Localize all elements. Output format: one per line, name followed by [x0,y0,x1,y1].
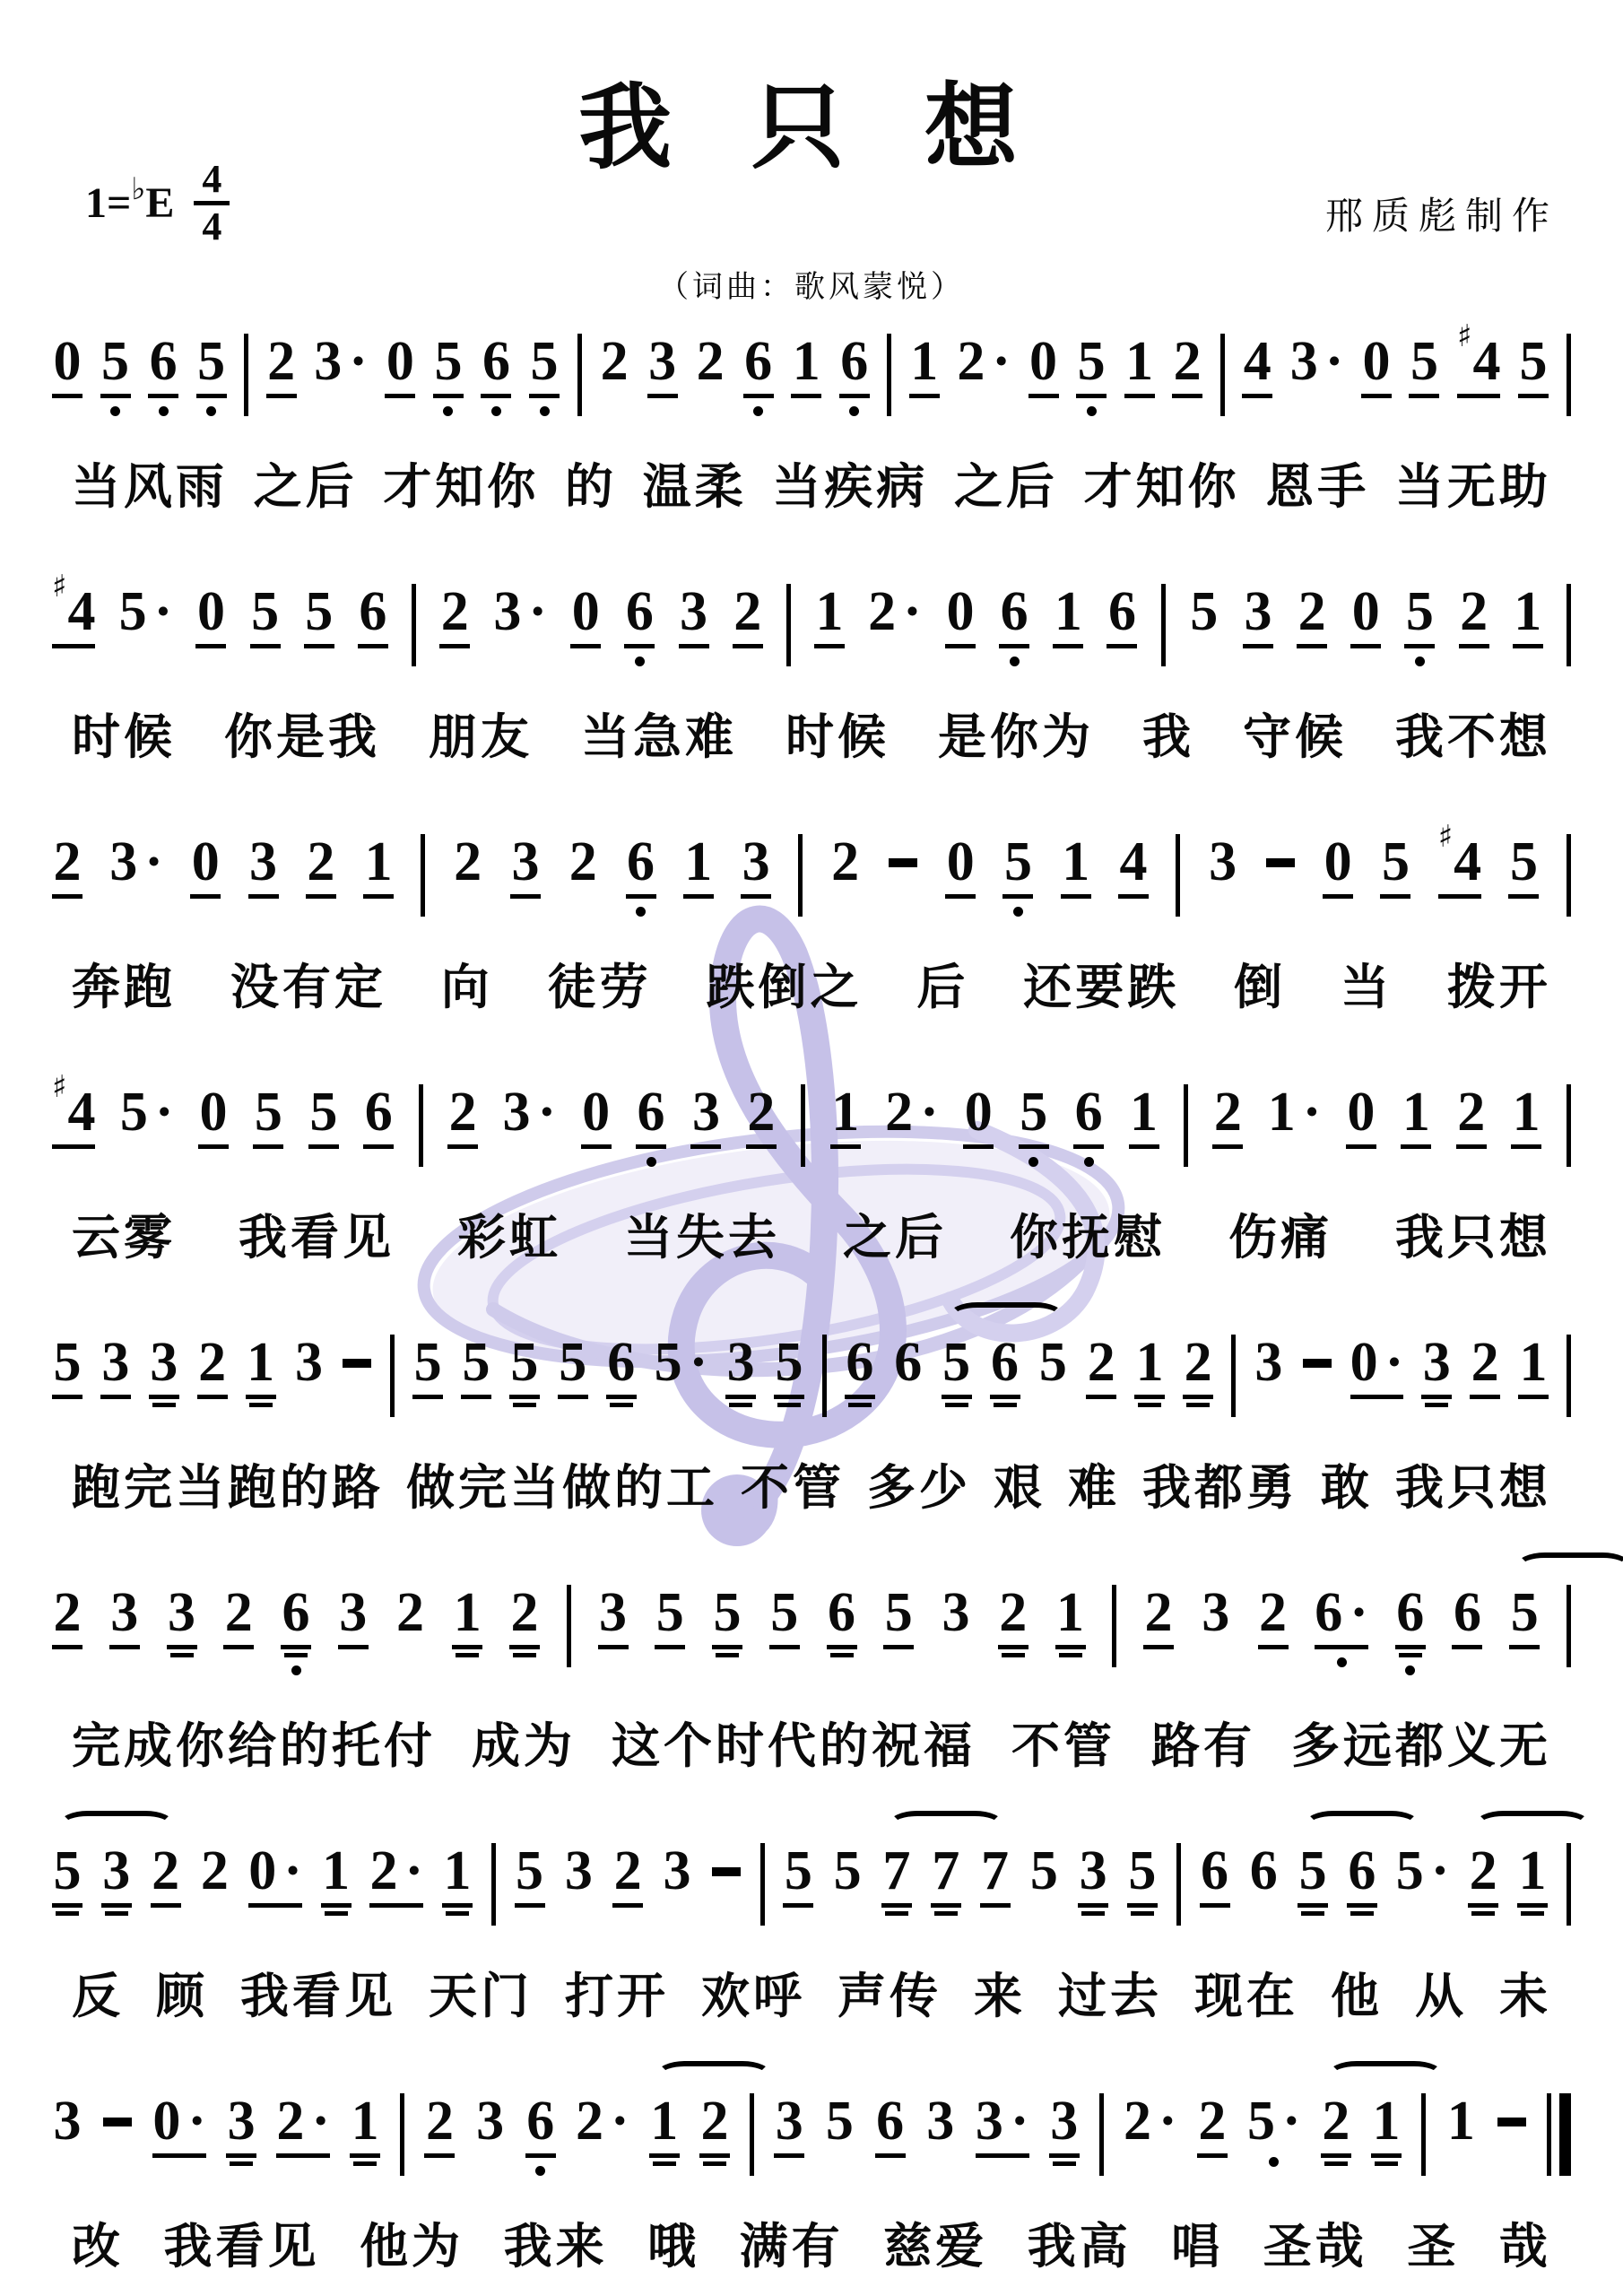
note-token: 2 [1172,334,1202,398]
note-number: 6 [1201,1843,1228,1899]
underline-beam [1053,2161,1076,2166]
note-token: 2 [1470,1335,1500,1399]
note-number: 5 [54,1335,82,1390]
note-token: 2 [1459,584,1489,648]
underline-beam [152,1403,176,1407]
note-number: 2 [198,1335,226,1390]
underline-beam [774,2153,804,2158]
underline-beam [52,394,82,398]
note-token: 6 [999,584,1029,666]
note-token: 5 [1019,1084,1049,1167]
underline-beam [1361,394,1392,398]
note-number: 5 [1510,834,1538,890]
note-token: ♯4 [52,1084,95,1149]
lyric-word: 圣 [1407,2208,1459,2277]
underline-beam [276,2153,330,2158]
note-number: 0 [199,1084,227,1140]
note-token: 3· [976,2093,1029,2158]
note-token: 0 [195,584,226,648]
note-number: 0 [152,2093,180,2149]
lyrics-row-8: 改我看见他为我来哦满有慈爱我高唱圣哉圣哉 [52,2208,1571,2277]
note-token: ♯4 [1457,334,1500,398]
note-number: 1 [352,2093,379,2149]
lyric-word: 我来 [504,2208,608,2277]
note-token: 2 [695,334,725,389]
note-token: 3 [1421,1335,1452,1407]
underline-beam [1457,394,1500,398]
note-token: 6 [636,1084,666,1167]
lyric-word: 从 [1415,1958,1467,2027]
note-number: 5 [1030,1843,1058,1899]
note-token: 3 [510,834,541,899]
note-number: 3 [150,1335,178,1390]
note-token: 1 [1053,584,1083,648]
augmentation-dot-icon: · [1431,1843,1450,1899]
underline-beam [998,1645,1028,1649]
lyric-word: 云雾 [72,1199,176,1268]
underline-beam [1200,1903,1230,1908]
note-number: 0 [582,1084,610,1140]
author-credit: 邢质彪制作 [1325,187,1558,240]
note-number: 3 [339,1585,367,1640]
note-token: 2 [1258,1585,1289,1649]
note-number: 3 [54,2093,82,2149]
underline-beam [649,2153,680,2158]
note-token: 5 [433,334,464,416]
note-number: 0 [386,334,414,389]
underline-beam [827,1645,857,1649]
underline-beam [712,1645,742,1649]
barline-icon [1567,1843,1571,1926]
augmentation-dot-icon: · [154,584,173,639]
barline-icon [1112,1585,1116,1667]
note-number: 6 [991,1335,1019,1390]
underline-beam [1509,1645,1540,1649]
note-number: 2 [1457,1084,1485,1140]
underline-beam [839,394,870,398]
note-token: 6 [1107,584,1137,648]
barline-icon [822,1335,827,1417]
underline-beam [196,394,227,398]
note-number: 5 [559,1335,586,1390]
score-line-6: 2332632123555653212326·665完成你给的托付成为这个时代的… [52,1585,1571,1777]
underline-beam [830,1653,854,1657]
note-token: 2 [197,1335,228,1399]
note-token: 3· [1290,334,1344,389]
key-signature: 1=♭E 4 4 [85,160,230,247]
note-token: 1 [1517,1843,1548,1916]
underline-beam [52,1144,95,1149]
note-number: 5 [942,1335,970,1390]
note-number: 6 [627,834,655,890]
underline-beam [433,394,464,398]
note-number: 6 [282,1585,310,1640]
note-token: 3 [293,1335,324,1390]
underline-beam [101,1903,132,1908]
underline-beam [612,1903,643,1908]
lyric-word: 倒 [1234,949,1286,1018]
underline-beam [513,1653,536,1657]
note-token: 6 [624,584,655,666]
note-token: 2 [395,1585,426,1640]
note-number: 2 [700,2093,728,2149]
note-token: 2 [746,1084,777,1149]
barline-icon [244,334,248,416]
lyric-word: 改 [72,2208,124,2277]
low-octave-dot-icon [753,406,763,416]
augmentation-dot-icon: · [155,1084,174,1140]
note-token: 1 [649,2093,680,2166]
note-number: 3 [109,834,137,890]
note-token: 2· [1124,2093,1177,2149]
note-number: 2 [957,334,985,389]
underline-beam [1124,394,1155,398]
barline-icon [1567,1585,1571,1667]
lyric-word: 当 [1341,949,1393,1018]
note-token: 5· [655,1335,708,1390]
lyric-word: 我看见 [164,2208,320,2277]
underline-beam [690,1144,721,1149]
note-number: 3 [942,1585,970,1640]
underline-beam [513,1403,536,1407]
duration-dash-icon [1497,2118,1526,2126]
underline-beam [152,2153,206,2158]
barline-icon [1567,584,1571,666]
note-number: 2 [569,834,597,890]
barline-icon [801,1084,805,1167]
note-token: 5 [712,1585,742,1657]
note-number: 5 [776,1335,803,1390]
note-number: 2 [1298,584,1326,639]
note-token: 2 [52,834,82,899]
note-number: 3 [1202,1585,1229,1640]
note-number: 2 [1322,2093,1350,2149]
note-number: 3 [295,1335,323,1390]
duration-dash-icon [1266,858,1295,867]
lyric-word: 满有 [740,2208,844,2277]
note-number: 2 [54,1585,82,1640]
notes-row-2: ♯45·055623·063212·06165320521 [52,584,1571,666]
underline-beam [1055,1645,1086,1649]
note-token: 6 [827,1585,857,1657]
notes-row-8: 30·32·12362·1235633·32·25·211 [52,2093,1571,2176]
note-token: 2 [1456,1084,1487,1149]
note-token: 3 [925,2093,956,2149]
note-token: 3 [338,1585,369,1649]
subtitle-credit: （词曲：歌风蒙悦） [0,262,1623,306]
note-token: 3 [725,1335,756,1407]
underline-beam [1438,894,1481,899]
underline-beam [746,1144,777,1149]
underline-beam [1053,644,1083,648]
note-token: 1 [350,2093,380,2166]
underline-beam [1321,2153,1351,2158]
note-token: 6 [358,584,388,648]
note-number: 1 [365,834,393,890]
augmentation-dot-icon: · [1350,1585,1368,1640]
underline-beam [149,1395,179,1399]
underline-beam [716,1653,739,1657]
barline-icon [390,1335,395,1417]
lyric-word: 完成你给的托付 [72,1708,436,1777]
note-number: 1 [650,2093,678,2149]
lyrics-row-1: 当风雨之后才知你的温柔当疾病之后才知你恩手当无助 [52,448,1571,517]
low-octave-dot-icon [443,406,453,416]
underline-beam [647,394,678,398]
note-number: 5 [714,1585,742,1640]
augmentation-dot-icon: · [690,1335,708,1390]
underline-beam [446,1911,469,1916]
underline-beam [653,2161,676,2166]
note-token: 3 [598,1585,629,1649]
note-number: 1 [831,1084,859,1140]
underline-beam [679,644,709,648]
underline-beam [52,894,82,899]
barline-icon [419,1084,423,1167]
note-number: 5 [463,1335,490,1390]
lyric-word: 当无助 [1395,448,1551,517]
duration-dash-icon [343,1359,371,1368]
lyric-word: 我只想 [1395,1449,1551,1518]
note-number: 1 [322,1843,350,1899]
lyrics-row-7: 反顾我看见天门打开欢呼声传来过去现在他从未 [52,1958,1571,2027]
note-token: 0 [1350,584,1381,648]
note-number: 0 [1347,1084,1375,1140]
time-numerator: 4 [202,160,221,199]
underline-beam [980,1903,1011,1908]
underline-beam [1517,1903,1548,1908]
tie-arc-icon [949,1302,1063,1329]
note-token: 3 [1243,584,1273,648]
lyric-word: 他为 [360,2208,464,2277]
augmentation-dot-icon: · [311,2093,330,2149]
lyric-word: 我只想 [1395,1199,1551,1268]
lyric-word: 当急难 [581,699,737,768]
underline-beam [52,644,95,648]
augmentation-dot-icon: · [1282,2093,1301,2149]
note-number: 6 [840,334,868,389]
tie-arc-icon [889,1811,1003,1838]
note-token: ♯4 [52,584,95,648]
underline-beam [1107,644,1137,648]
note-number: 6 [1108,584,1136,639]
note-token [888,834,918,867]
augmentation-dot-icon: · [1303,1084,1322,1140]
note-token: 5 [1518,334,1549,398]
score-line-7: 53220·12·153235577753566565·21反顾我看见天门打开欢… [52,1843,1571,2027]
augmentation-dot-icon: · [611,2093,629,2149]
note-token: 5 [461,1335,491,1399]
note-token: 1 [1371,2093,1402,2166]
lyric-word: 来 [974,1958,1026,2027]
note-token: 6 [281,1585,311,1675]
lyric-word: 顾 [156,1958,208,2027]
underline-beam [1002,894,1033,899]
underline-beam [284,1653,308,1657]
note-token: 3 [941,1585,971,1640]
note-token: 2 [830,834,861,890]
note-token: 5 [308,1084,339,1149]
note-number: 4 [1472,334,1500,389]
note-number: 2 [1460,584,1488,639]
note-token: 5· [1396,1843,1450,1899]
augmentation-dot-icon: · [1011,2093,1029,2149]
underline-beam [52,1395,82,1399]
note-token: 5 [824,2093,855,2149]
note-number: 0 [1029,334,1057,389]
underline-beam [1395,1645,1426,1649]
note-token: 6 [363,1084,394,1149]
lyric-word: 时候 [72,699,176,768]
note-token: 6 [990,1335,1020,1407]
note-number: 6 [607,1335,635,1390]
note-token: 2 [453,834,483,890]
note-token: 2 [223,1585,254,1649]
lyric-word: 还要跌 [1023,949,1179,1018]
note-number: 1 [1514,584,1541,639]
underline-beam [100,1395,131,1399]
augmentation-dot-icon: · [1325,334,1344,389]
underline-beam [1471,1911,1495,1916]
note-number: 2 [747,1084,775,1140]
note-number: 2 [831,834,859,890]
tie-arc-icon [59,1811,174,1838]
note-token: 5 [100,334,131,416]
note-number: 3 [663,1843,690,1899]
lyric-word: 之后 [254,448,358,517]
note-number: 2 [1145,1585,1173,1640]
underline-beam [1086,1395,1116,1399]
notes-row-3: 23·032123261320514305♯45 [52,834,1571,917]
note-number: 0 [947,834,975,890]
underline-beam [1183,1395,1213,1399]
underline-beam [100,394,131,398]
underline-beam [246,1395,276,1399]
underline-beam [325,1911,348,1916]
low-octave-dot-icon [647,1157,656,1167]
note-number: 5 [531,334,559,389]
lyric-word: 跌倒之 [707,949,863,1018]
note-token: 3· [314,334,368,389]
lyric-word: 我不想 [1395,699,1551,768]
note-number: 3 [1244,584,1271,639]
barline-icon [1567,1084,1571,1167]
underline-beam [934,1911,958,1916]
lyric-word: 成为 [472,1708,576,1777]
underline-beam [1371,2153,1402,2158]
lyric-word: 徒劳 [548,949,652,1018]
lyric-word: 未 [1499,1958,1551,2027]
note-number: 3 [1050,2093,1078,2149]
underline-beam [1521,1911,1544,1916]
note-number: 2 [152,1843,179,1899]
note-token: 4 [1242,334,1272,398]
note-number: 3 [1254,1335,1282,1390]
time-signature: 4 4 [194,160,230,247]
note-token: 0 [190,834,221,899]
duration-dash-icon [1303,1359,1332,1368]
sharp-icon: ♯ [52,571,66,602]
notes-row-6: 2332632123555653212326·665 [52,1585,1571,1675]
note-token: 6 [1347,1843,1377,1916]
note-number: 5 [120,1084,148,1140]
underline-beam [308,1144,339,1149]
note-number: 6 [894,1335,922,1390]
note-number: 3 [249,834,277,890]
note-number: 5 [1190,584,1218,639]
notes-row-1: 056523·056523261612·051243·05♯45 [52,334,1571,416]
lyric-word: 欢呼 [701,1958,805,2027]
underline-beam [304,644,334,648]
augmentation-dot-icon: · [144,834,163,890]
note-number: 7 [882,1843,910,1899]
note-number: 3 [692,1084,720,1140]
low-octave-dot-icon [1415,657,1425,666]
underline-beam [1456,1144,1487,1149]
note-token: 5 [529,334,560,416]
lyric-word: 哉 [1499,2208,1551,2277]
note-token: 1· [1268,1084,1322,1140]
underline-beam [598,1645,629,1649]
tie-arc-icon [1516,1552,1623,1579]
note-token: 3 [101,1843,132,1916]
underline-beam [253,1144,283,1149]
note-token: 5 [769,1585,800,1649]
note-token: 0 [570,584,601,648]
note-token: 2 [447,1084,478,1149]
note-token: 4 [1118,834,1149,899]
note-number: 3 [926,2093,954,2149]
note-token: 1 [452,1585,482,1657]
barline-icon [1176,1843,1181,1926]
note-token: 6 [481,334,511,416]
note-token: 1 [830,1084,861,1149]
underline-beam [250,644,281,648]
note-token: 5· [1247,2093,1301,2167]
note-token: 5 [52,1335,82,1399]
underline-beam [624,644,655,648]
underline-beam [1421,1395,1452,1399]
underline-beam [814,644,845,648]
note-token: 1 [1055,1585,1086,1657]
lyric-word: 才知你 [383,448,539,517]
underline-beam [529,394,560,398]
note-token: 0 [52,334,82,398]
note-number: 1 [1136,1335,1164,1390]
underline-beam [447,1144,478,1149]
time-denominator: 4 [202,207,221,247]
underline-beam [358,644,388,648]
lyric-word: 奔跑 [72,949,176,1018]
note-token: 3 [167,1585,197,1657]
barline-icon [1231,1335,1236,1417]
note-number: 6 [359,584,386,639]
note-number: 2 [441,584,469,639]
note-number: 6 [526,2093,554,2149]
note-number: 1 [1125,334,1153,389]
note-token: 6 [845,1335,875,1407]
note-number: 3 [1209,834,1237,890]
note-token: 2 [1297,584,1327,648]
note-token: 2 [612,1843,643,1908]
note-number: 2 [576,2093,603,2149]
underline-beam [774,1395,804,1399]
underline-beam [281,1645,311,1649]
note-token: 3 [679,584,709,648]
note-number: 5 [1004,834,1032,890]
note-token: 6 [1395,1585,1426,1675]
note-token: 2· [885,1084,939,1140]
